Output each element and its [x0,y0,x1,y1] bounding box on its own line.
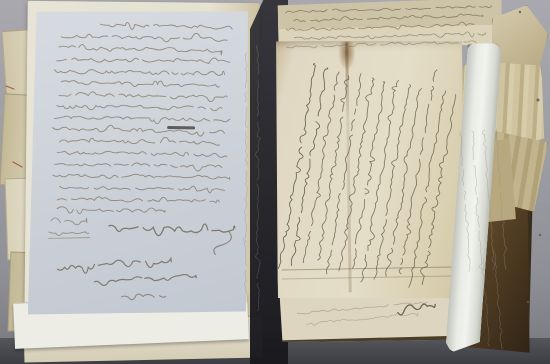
photograph-of-manuscripts [0,0,550,364]
left-letter-top-sheet [28,8,250,317]
fold-crease [346,42,352,292]
right-document-page [274,39,466,304]
